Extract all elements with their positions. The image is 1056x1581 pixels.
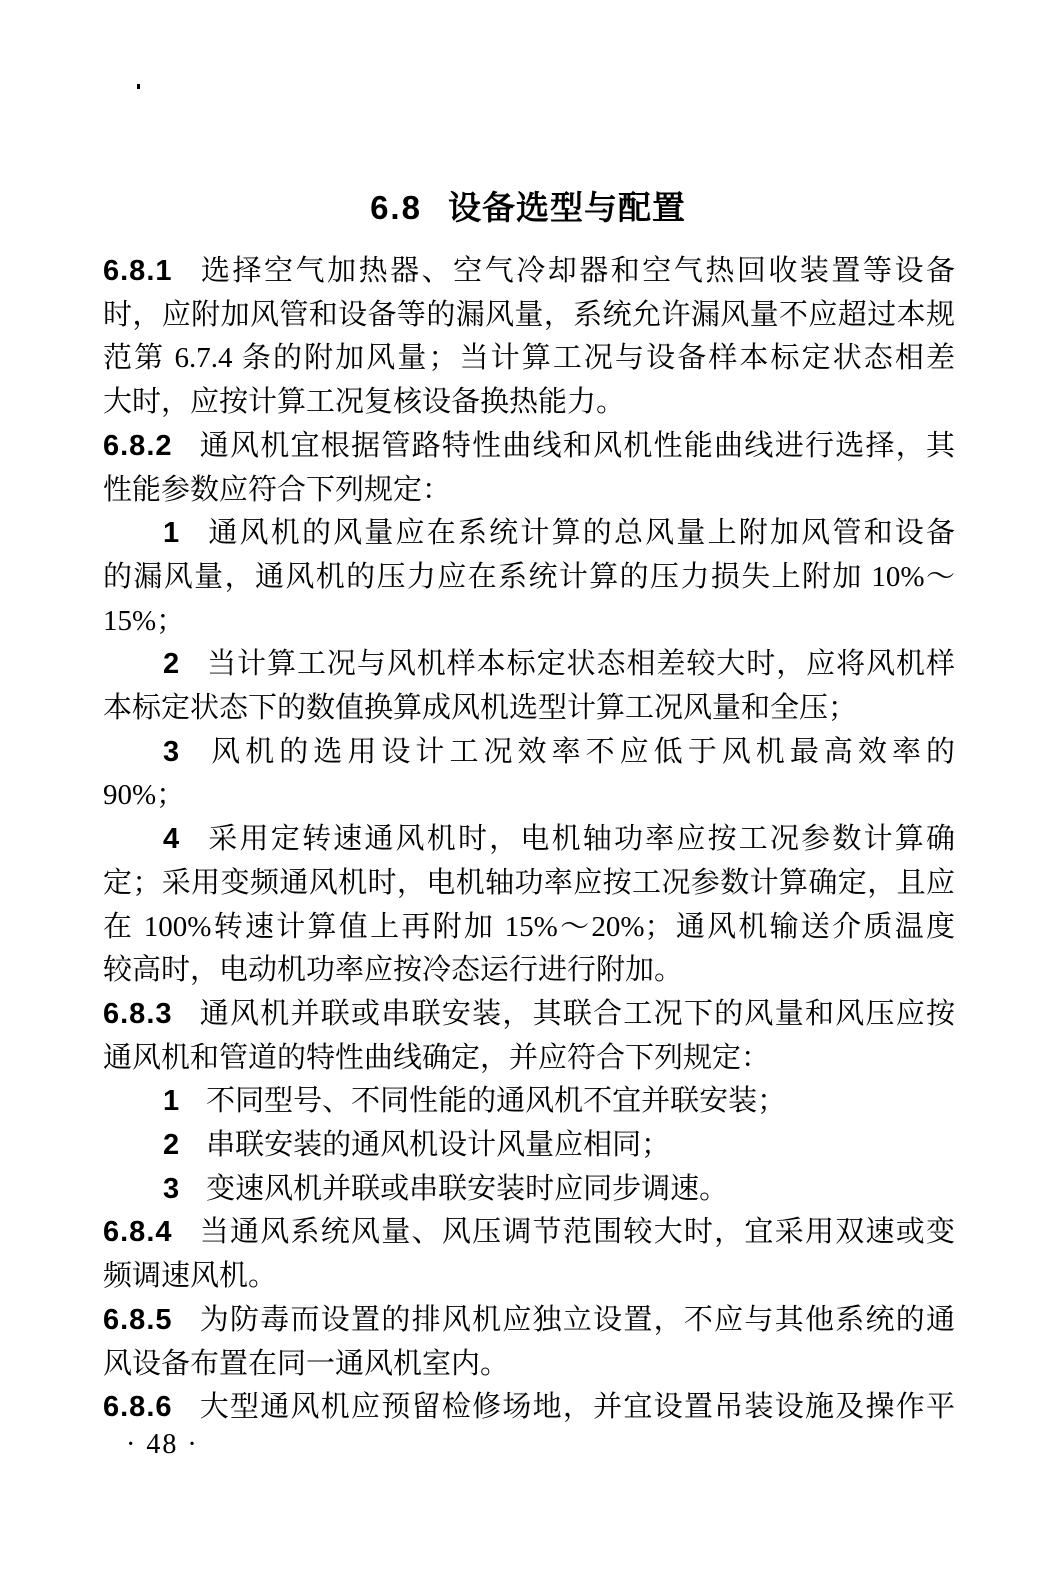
section-heading-text: 设备选型与配置 (448, 189, 686, 226)
clause-number: 4 (163, 823, 180, 855)
clause-6-8-4-line-1: 6.8.4当通风系统风量、风压调节范围较大时，宜采用双速或变 (103, 1211, 955, 1255)
clause-number: 2 (163, 648, 180, 680)
clause-6-8-3-line-2: 通风机和管道的特性曲线确定，并应符合下列规定： (103, 1037, 955, 1081)
section-heading-number: 6.8 (370, 189, 422, 226)
clause-6-8-2-item-4-line-2: 定；采用变频通风机时，电机轴功率应按工况参数计算确定，且应 (103, 862, 955, 906)
clause-6-8-2-line-1: 6.8.2通风机宜根据管路特性曲线和风机性能曲线进行选择，其 (103, 425, 955, 469)
clause-6-8-2-item-3-line-2: 90%； (103, 774, 955, 818)
clause-number: 6.8.4 (103, 1216, 173, 1248)
clause-6-8-1-line-1: 6.8.1选择空气加热器、空气冷却器和空气热回收装置等设备 (103, 250, 955, 294)
clause-6-8-1-line-3: 范第 6.7.4 条的附加风量；当计算工况与设备样本标定状态相差 (103, 337, 955, 381)
clause-number: 6.8.1 (103, 255, 173, 287)
clause-6-8-2-line-2: 性能参数应符合下列规定： (103, 469, 955, 513)
clause-6-8-3-line-1: 6.8.3通风机并联或串联安装，其联合工况下的风量和风压应按 (103, 993, 955, 1037)
clause-6-8-3-item-3: 3变速风机并联或串联安装时应同步调速。 (103, 1168, 955, 1212)
clause-6-8-5-line-1: 6.8.5为防毒而设置的排风机应独立设置，不应与其他系统的通 (103, 1299, 955, 1343)
clause-number: 2 (163, 1129, 180, 1161)
clause-number: 3 (163, 736, 180, 768)
clause-6-8-1-line-2: 时，应附加风管和设备等的漏风量，系统允许漏风量不应超过本规 (103, 294, 955, 338)
document-page: 6.8设备选型与配置 6.8.1选择空气加热器、空气冷却器和空气热回收装置等设备… (0, 0, 1056, 1581)
clause-number: 6.8.5 (103, 1304, 173, 1336)
clause-6-8-2-item-4-line-3: 在 100%转速计算值上再附加 15%～20%；通风机输送介质温度 (103, 906, 955, 950)
clause-6-8-2-item-4-line-4: 较高时，电动机功率应按冷态运行进行附加。 (103, 949, 955, 993)
page-number: · 48 · (126, 1428, 199, 1462)
clause-6-8-2-item-2-line-1: 2当计算工况与风机样本标定状态相差较大时，应将风机样 (103, 643, 955, 687)
clause-6-8-1-line-4: 大时，应按计算工况复核设备换热能力。 (103, 381, 955, 425)
clause-6-8-2-item-4-line-1: 4采用定转速通风机时，电机轴功率应按工况参数计算确 (103, 818, 955, 862)
document-body: 6.8.1选择空气加热器、空气冷却器和空气热回收装置等设备时，应附加风管和设备等… (103, 250, 955, 1430)
section-heading: 6.8设备选型与配置 (0, 188, 1056, 228)
clause-6-8-2-item-1-line-1: 1通风机的风量应在系统计算的总风量上附加风管和设备 (103, 512, 955, 556)
clause-6-8-2-item-2-line-2: 本标定状态下的数值换算成风机选型计算工况风量和全压； (103, 687, 955, 731)
scan-speck (137, 84, 140, 89)
clause-6-8-5-line-2: 风设备布置在同一通风机室内。 (103, 1343, 955, 1387)
clause-6-8-3-item-2: 2串联安装的通风机设计风量应相同； (103, 1124, 955, 1168)
page-number-label: · 48 · (126, 1429, 199, 1460)
clause-6-8-3-item-1: 1不同型号、不同性能的通风机不宜并联安装； (103, 1080, 955, 1124)
clause-number: 6.8.3 (103, 998, 173, 1030)
clause-6-8-2-item-1-line-3: 15%； (103, 600, 955, 644)
clause-number: 1 (163, 517, 180, 549)
clause-6-8-2-item-3-line-1: 3风机的选用设计工况效率不应低于风机最高效率的 (103, 731, 955, 775)
clause-number: 3 (163, 1173, 180, 1205)
clause-number: 1 (163, 1085, 180, 1117)
clause-6-8-6-line-1: 6.8.6大型通风机应预留检修场地，并宜设置吊装设施及操作平 (103, 1386, 955, 1430)
clause-number: 6.8.6 (103, 1391, 173, 1423)
clause-6-8-2-item-1-line-2: 的漏风量，通风机的压力应在系统计算的压力损失上附加 10%～ (103, 556, 955, 600)
clause-number: 6.8.2 (103, 430, 173, 462)
clause-6-8-4-line-2: 频调速风机。 (103, 1255, 955, 1299)
